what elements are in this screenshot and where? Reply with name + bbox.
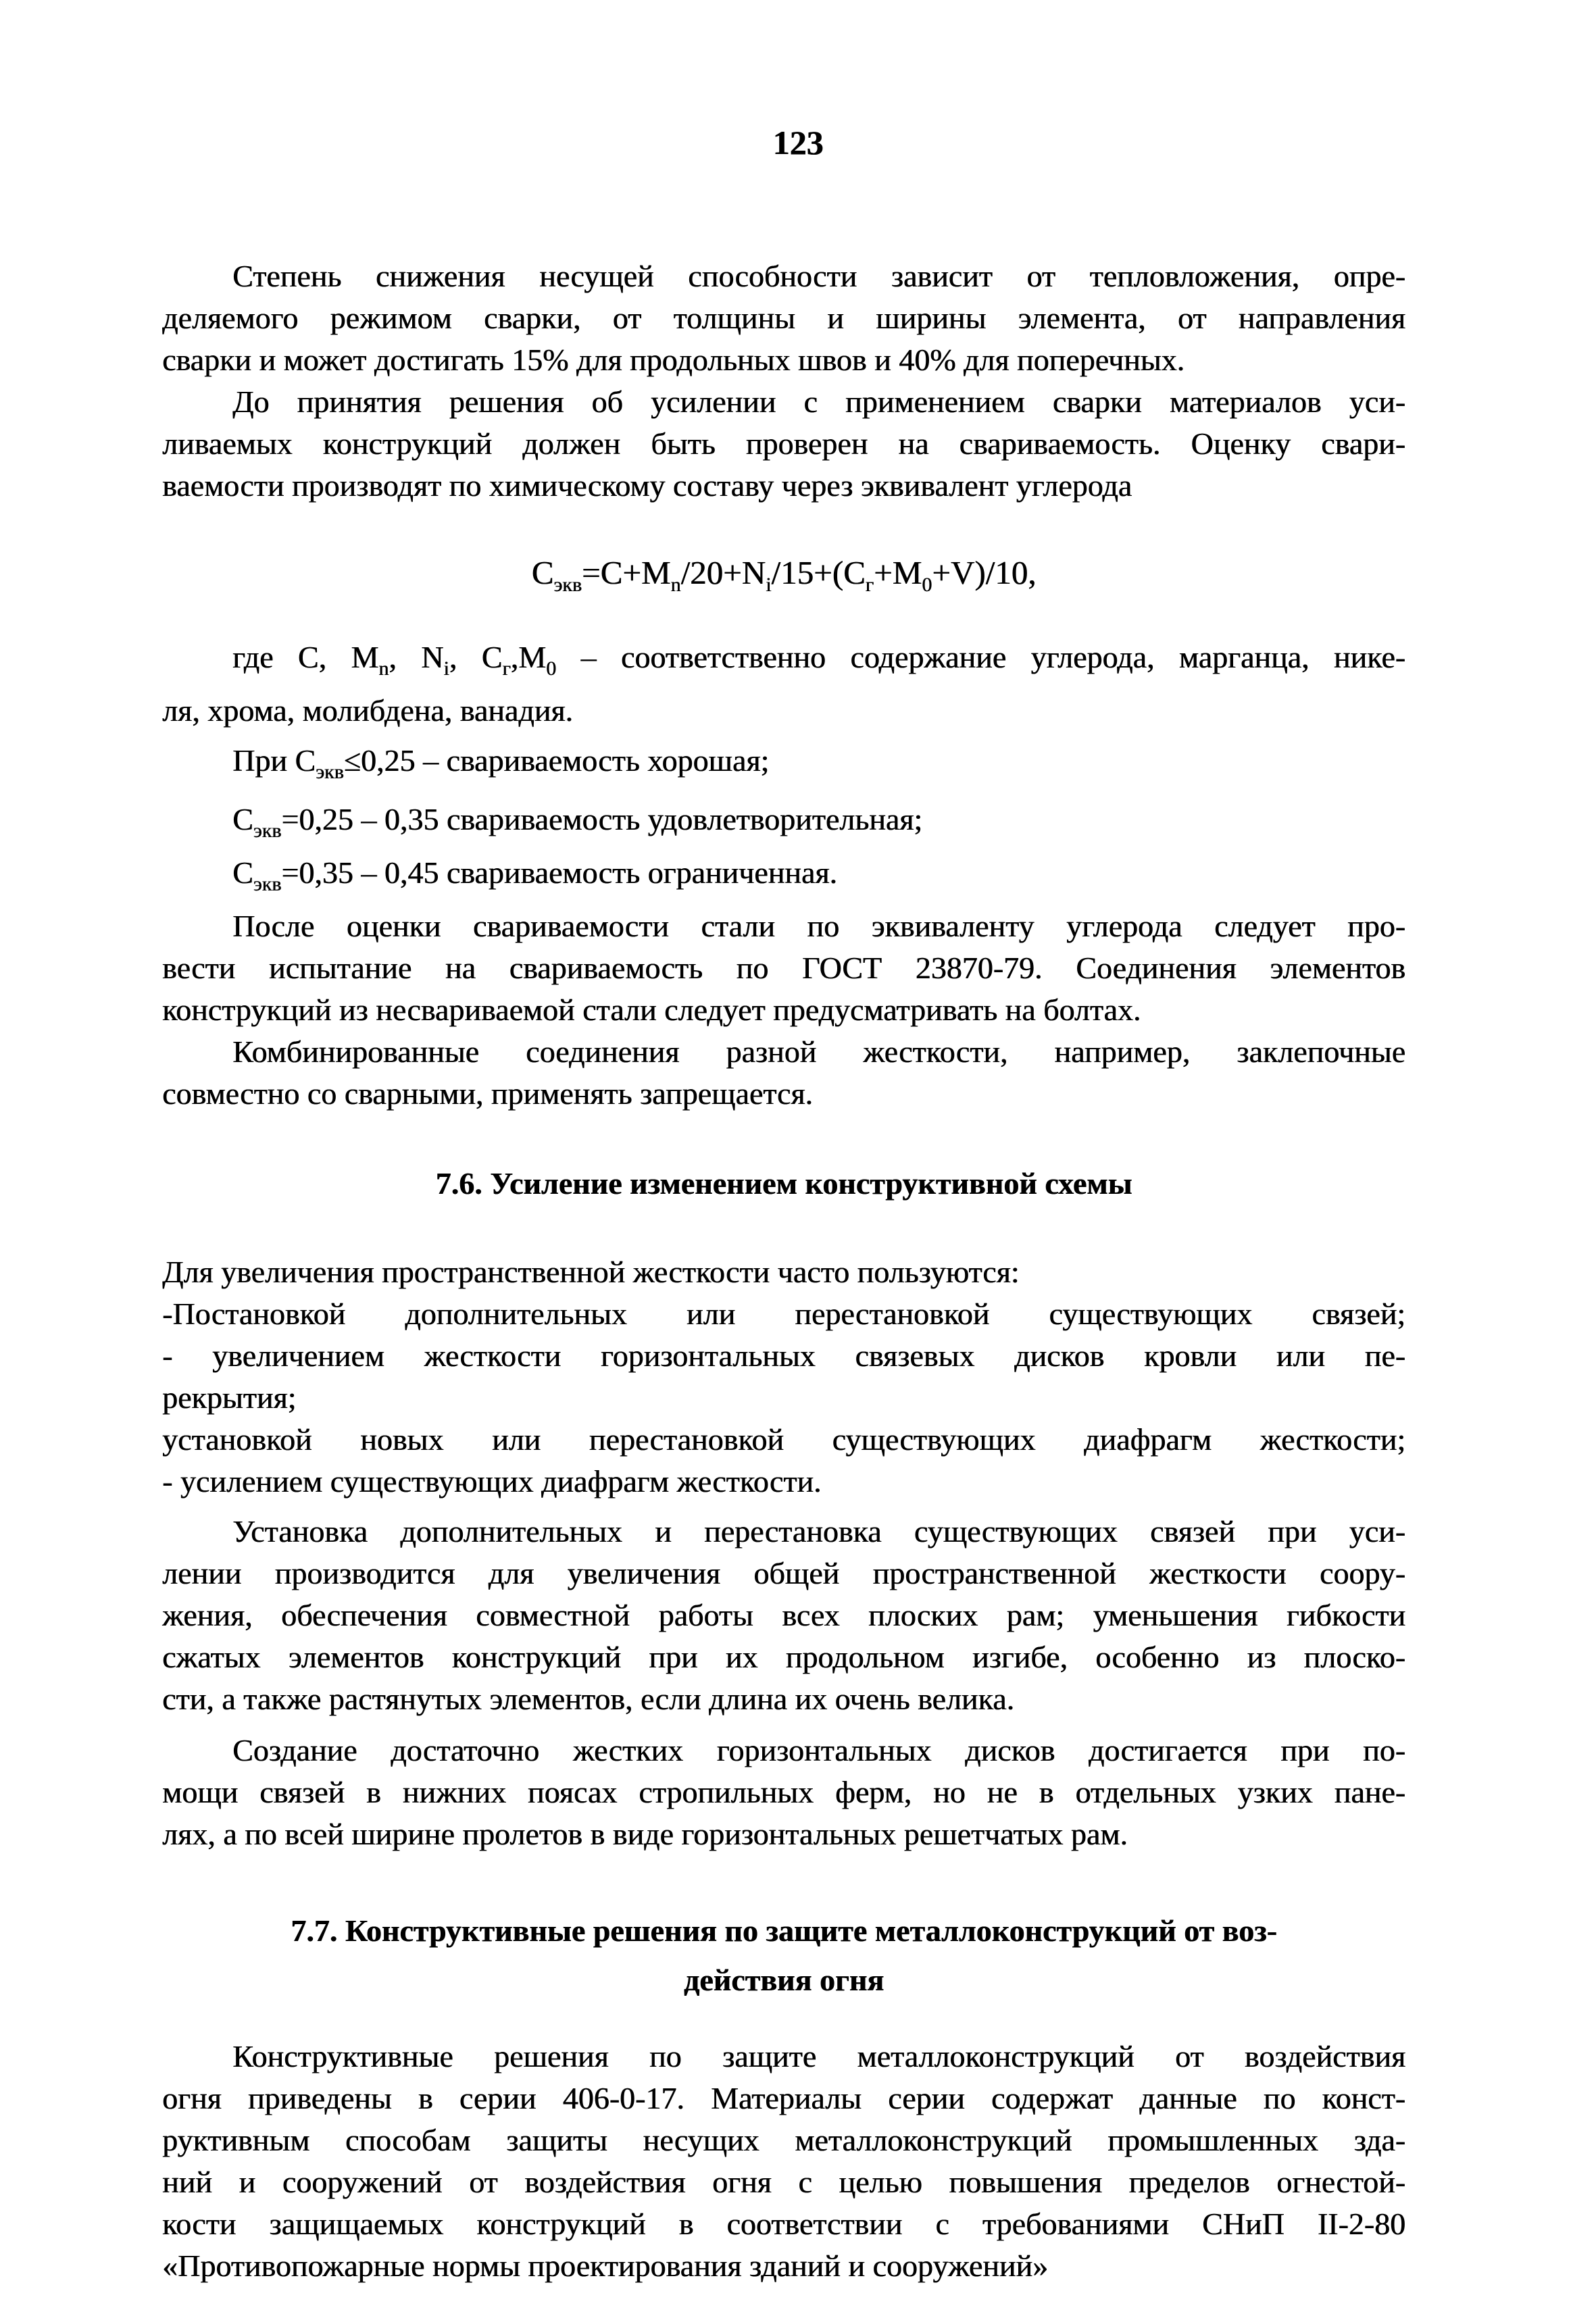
subscript: экв bbox=[253, 820, 282, 842]
text-line: мощи связей в нижних поясах стропильных … bbox=[162, 1771, 1405, 1813]
text-line: При Сэкв≤0,25 – свариваемость хорошая; bbox=[162, 740, 1405, 793]
text-part: При С bbox=[232, 743, 316, 778]
formula-subscript: n bbox=[670, 574, 680, 596]
document-page: 123 Степень снижения несущей способности… bbox=[0, 0, 1596, 2314]
page-body: Степень снижения несущей способности зав… bbox=[162, 255, 1405, 2287]
formula-part: /20+N bbox=[680, 554, 766, 591]
text-part: ≤0,25 – свариваемость хорошая; bbox=[344, 743, 770, 778]
text-line: лях, а по всей ширине пролетов в виде го… bbox=[162, 1813, 1405, 1855]
text-line: совместно со сварными, применять запреща… bbox=[162, 1073, 1405, 1115]
formula-part: +V)/10, bbox=[932, 554, 1036, 591]
text-line: Сэкв=0,25 – 0,35 свариваемость удовлетво… bbox=[162, 799, 1405, 852]
text-line: Для увеличения пространственной жесткост… bbox=[162, 1251, 1405, 1293]
text-line: Создание достаточно жестких горизонтальн… bbox=[162, 1730, 1405, 1771]
text-line: сжатых элементов конструкций при их прод… bbox=[162, 1636, 1405, 1678]
formula-carbon-equivalent: Сэкв=С+Мn/20+Ni/15+(Сг+М0+V)/10, bbox=[162, 547, 1405, 611]
formula-subscript: 0 bbox=[922, 574, 932, 596]
section-heading-7-7: 7.7. Конструктивные решения по защите ме… bbox=[162, 1906, 1405, 2005]
text-line: лении производится для увеличения общей … bbox=[162, 1553, 1405, 1594]
text-line: ний и сооружений от воздействия огня с ц… bbox=[162, 2161, 1405, 2203]
subscript: n bbox=[378, 657, 389, 680]
text-line: Установка дополнительных и перестановка … bbox=[162, 1511, 1405, 1553]
formula-part: +М bbox=[874, 554, 922, 591]
subscript: экв bbox=[316, 761, 344, 783]
text-line: где С, Мn, Ni, Сг,М0 – соответственно со… bbox=[162, 636, 1405, 690]
text-part: ,М bbox=[511, 640, 546, 674]
text-line: ля, хрома, молибдена, ванадия. bbox=[162, 690, 1405, 732]
subscript: г bbox=[502, 657, 510, 680]
text-line: жения, обеспечения совместной работы все… bbox=[162, 1594, 1405, 1636]
heading-line: действия огня bbox=[162, 1955, 1405, 2005]
formula-part: =С+М bbox=[582, 554, 671, 591]
text-part: – соответственно содержание углерода, ма… bbox=[556, 640, 1405, 674]
text-part: С bbox=[232, 802, 253, 836]
list-item-line: - усилением существующих диафрагм жестко… bbox=[162, 1461, 1405, 1503]
text-line: сварки и может достигать 15% для продоль… bbox=[162, 339, 1405, 381]
text-line: деляемого режимом сварки, от толщины и ш… bbox=[162, 297, 1405, 339]
section-heading-7-6: 7.6. Усиление изменением конструктивной … bbox=[162, 1162, 1405, 1205]
text-part: где С, М bbox=[232, 640, 378, 674]
page-number: 123 bbox=[0, 123, 1596, 162]
text-part: С bbox=[232, 855, 253, 890]
text-line: После оценки свариваемости стали по экви… bbox=[162, 905, 1405, 947]
text-line: сти, а также растянутых элементов, если … bbox=[162, 1678, 1405, 1720]
list-item-line: установкой новых или перестановкой сущес… bbox=[162, 1419, 1405, 1461]
subscript: 0 bbox=[546, 657, 556, 680]
text-part: , N bbox=[389, 640, 443, 674]
text-line: кости защищаемых конструкций в соответст… bbox=[162, 2203, 1405, 2245]
list-item-line: - увеличением жесткости горизонтальных с… bbox=[162, 1335, 1405, 1377]
text-line: Комбинированные соединения разной жестко… bbox=[162, 1031, 1405, 1073]
list-item-line: рекрытия; bbox=[162, 1377, 1405, 1419]
formula-part: С bbox=[532, 554, 554, 591]
text-part: =0,35 – 0,45 свариваемость ограниченная. bbox=[281, 855, 837, 890]
text-line: Конструктивные решения по защите металло… bbox=[162, 2036, 1405, 2078]
text-part: =0,25 – 0,35 свариваемость удовлетворите… bbox=[281, 802, 922, 836]
text-line: вести испытание на свариваемость по ГОСТ… bbox=[162, 947, 1405, 989]
subscript: экв bbox=[253, 873, 282, 895]
text-line: руктивным способам защиты несущих металл… bbox=[162, 2119, 1405, 2161]
list-item-line: -Постановкой дополнительных или перестан… bbox=[162, 1293, 1405, 1335]
text-line: Сэкв=0,35 – 0,45 свариваемость ограничен… bbox=[162, 852, 1405, 905]
text-line: конструкций из несвариваемой стали следу… bbox=[162, 989, 1405, 1031]
text-line: «Противопожарные нормы проектирования зд… bbox=[162, 2245, 1405, 2287]
text-part: , С bbox=[449, 640, 503, 674]
formula-subscript: г bbox=[866, 574, 874, 596]
text-line: огня приведены в серии 406-0-17. Материа… bbox=[162, 2078, 1405, 2119]
heading-line: 7.7. Конструктивные решения по защите ме… bbox=[162, 1906, 1405, 1955]
text-line: ваемости производят по химическому соста… bbox=[162, 465, 1405, 507]
formula-subscript: экв bbox=[553, 574, 582, 596]
formula-part: /15+(С bbox=[771, 554, 865, 591]
subscript: i bbox=[443, 657, 449, 680]
text-line: Степень снижения несущей способности зав… bbox=[162, 255, 1405, 297]
text-line: До принятия решения об усилении с примен… bbox=[162, 381, 1405, 423]
text-line: ливаемых конструкций должен быть провере… bbox=[162, 423, 1405, 465]
